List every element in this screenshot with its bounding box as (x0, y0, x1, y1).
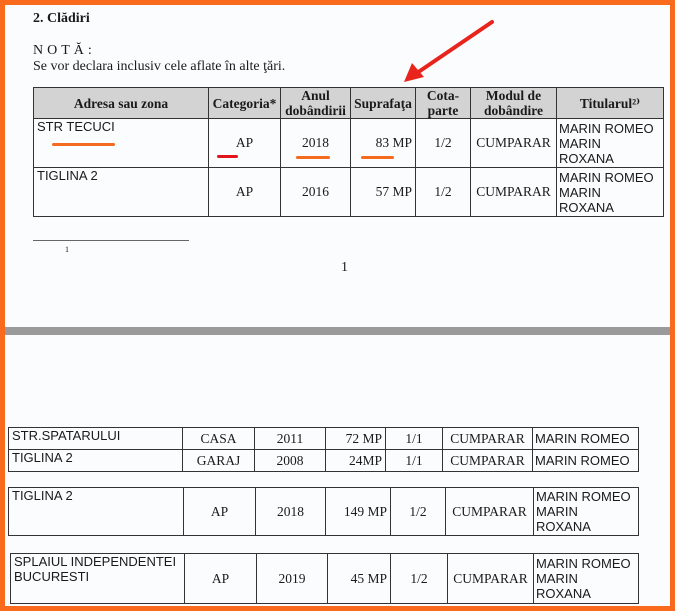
section-heading: 2. Clădiri (33, 11, 90, 27)
page-number: 1 (341, 260, 348, 276)
cell-share: 1/2 (391, 488, 446, 536)
cell-year: 2019 (257, 554, 328, 604)
cell-area: 83 MP (351, 119, 416, 168)
owner-name: ROXANA (536, 586, 636, 601)
cell-mode: CUMPARAR (446, 488, 534, 536)
cell-mode: CUMPARAR (448, 554, 534, 604)
header-share: Cota-parte (416, 88, 471, 119)
cell-category: AP (185, 554, 257, 604)
owner-name: MARIN (536, 571, 636, 586)
buildings-table-page1: Adresa sau zona Categoria* Anul dobândir… (33, 87, 664, 217)
owner-name: ROXANA (559, 200, 661, 215)
red-arrow-icon (400, 17, 500, 87)
buildings-table-page2-a: STR.SPATARULUICASA201172 MP1/1CUMPARARMA… (8, 427, 639, 472)
cell-year: 2016 (281, 168, 351, 217)
cell-share: 1/2 (416, 168, 471, 217)
owner-name: MARIN ROMEO (536, 489, 636, 504)
cell-mode: CUMPARAR (443, 450, 533, 472)
cell-area: 72 MP (326, 428, 386, 450)
cell-share: 1/1 (386, 450, 443, 472)
cell-category: AP (184, 488, 256, 536)
cell-owner: MARIN ROMEOMARINROXANA (557, 119, 664, 168)
cell-owner: MARIN ROMEO (533, 450, 639, 472)
cell-year: 2008 (255, 450, 326, 472)
table-row: TIGLINA 2AP201657 MP1/2CUMPARARMARIN ROM… (34, 168, 664, 217)
cell-year: 2018 (256, 488, 326, 536)
cell-address: TIGLINA 2 (9, 488, 184, 536)
owner-name: MARIN ROMEO (559, 121, 661, 136)
cell-year: 2018 (281, 119, 351, 168)
cell-category: CASA (183, 428, 255, 450)
nota-label: NOTĂ: (33, 43, 96, 59)
cell-area: 149 MP (326, 488, 391, 536)
footnote-rule (33, 240, 189, 241)
nota-text: Se vor declara inclusiv cele aflate în a… (33, 59, 285, 75)
table-row: TIGLINA 2GARAJ200824MP1/1CUMPARARMARIN R… (9, 450, 639, 472)
footnote-marker: 1 (65, 245, 69, 254)
cell-owner: MARIN ROMEOMARINROXANA (534, 554, 639, 604)
cell-year: 2011 (255, 428, 326, 450)
cell-owner: MARIN ROMEOMARINROXANA (534, 488, 639, 536)
orange-underline-area (361, 156, 394, 159)
table-row: SPLAIUL INDEPENDENTEI BUCURESTIAP201945 … (11, 554, 639, 604)
cell-area: 24MP (326, 450, 386, 472)
red-underline-category (217, 155, 238, 158)
header-category: Categoria* (209, 88, 281, 119)
cell-area: 57 MP (351, 168, 416, 217)
owner-name: MARIN ROMEO (536, 556, 636, 571)
cell-address: TIGLINA 2 (34, 168, 209, 217)
footnote-partial-text: (1) apartament; (2) casă de locuit; (3) … (65, 603, 473, 606)
owner-name: MARIN (559, 185, 661, 200)
owner-name: ROXANA (536, 519, 636, 534)
table-row: STR.SPATARULUICASA201172 MP1/1CUMPARARMA… (9, 428, 639, 450)
cell-address: SPLAIUL INDEPENDENTEI BUCURESTI (11, 554, 185, 604)
cell-owner: MARIN ROMEO (533, 428, 639, 450)
owner-name: ROXANA (559, 151, 661, 166)
cell-category: GARAJ (183, 450, 255, 472)
buildings-table-page2-c: SPLAIUL INDEPENDENTEI BUCURESTIAP201945 … (10, 553, 639, 604)
owner-name: MARIN ROMEO (559, 170, 661, 185)
header-address: Adresa sau zona (34, 88, 209, 119)
document-page: 2. Clădiri NOTĂ: Se vor declara inclusiv… (5, 5, 670, 606)
header-owner: Titularul²⁾ (557, 88, 664, 119)
buildings-table-page2-b: TIGLINA 2AP2018149 MP1/2CUMPARARMARIN RO… (8, 487, 639, 536)
table-row: STR TECUCIAP201883 MP1/2CUMPARARMARIN RO… (34, 119, 664, 168)
cell-category: AP (209, 119, 281, 168)
owner-name: MARIN (536, 504, 636, 519)
header-mode: Modul de dobândire (471, 88, 557, 119)
cell-share: 1/2 (391, 554, 448, 604)
cell-area: 45 MP (328, 554, 391, 604)
cell-mode: CUMPARAR (471, 119, 557, 168)
cell-share: 1/1 (386, 428, 443, 450)
header-year: Anul dobândirii (281, 88, 351, 119)
cell-mode: CUMPARAR (443, 428, 533, 450)
cell-category: AP (209, 168, 281, 217)
orange-underline-address (52, 143, 115, 146)
table-header-row: Adresa sau zona Categoria* Anul dobândir… (34, 88, 664, 119)
header-area: Suprafaţa (351, 88, 416, 119)
cell-address: STR.SPATARULUI (9, 428, 183, 450)
cell-address: TIGLINA 2 (9, 450, 183, 472)
orange-underline-year (296, 156, 330, 159)
cell-owner: MARIN ROMEOMARINROXANA (557, 168, 664, 217)
table-row: TIGLINA 2AP2018149 MP1/2CUMPARARMARIN RO… (9, 488, 639, 536)
page-separator (5, 327, 670, 335)
cell-mode: CUMPARAR (471, 168, 557, 217)
cell-share: 1/2 (416, 119, 471, 168)
owner-name: MARIN ROMEO (535, 453, 636, 468)
owner-name: MARIN (559, 136, 661, 151)
owner-name: MARIN ROMEO (535, 431, 636, 446)
